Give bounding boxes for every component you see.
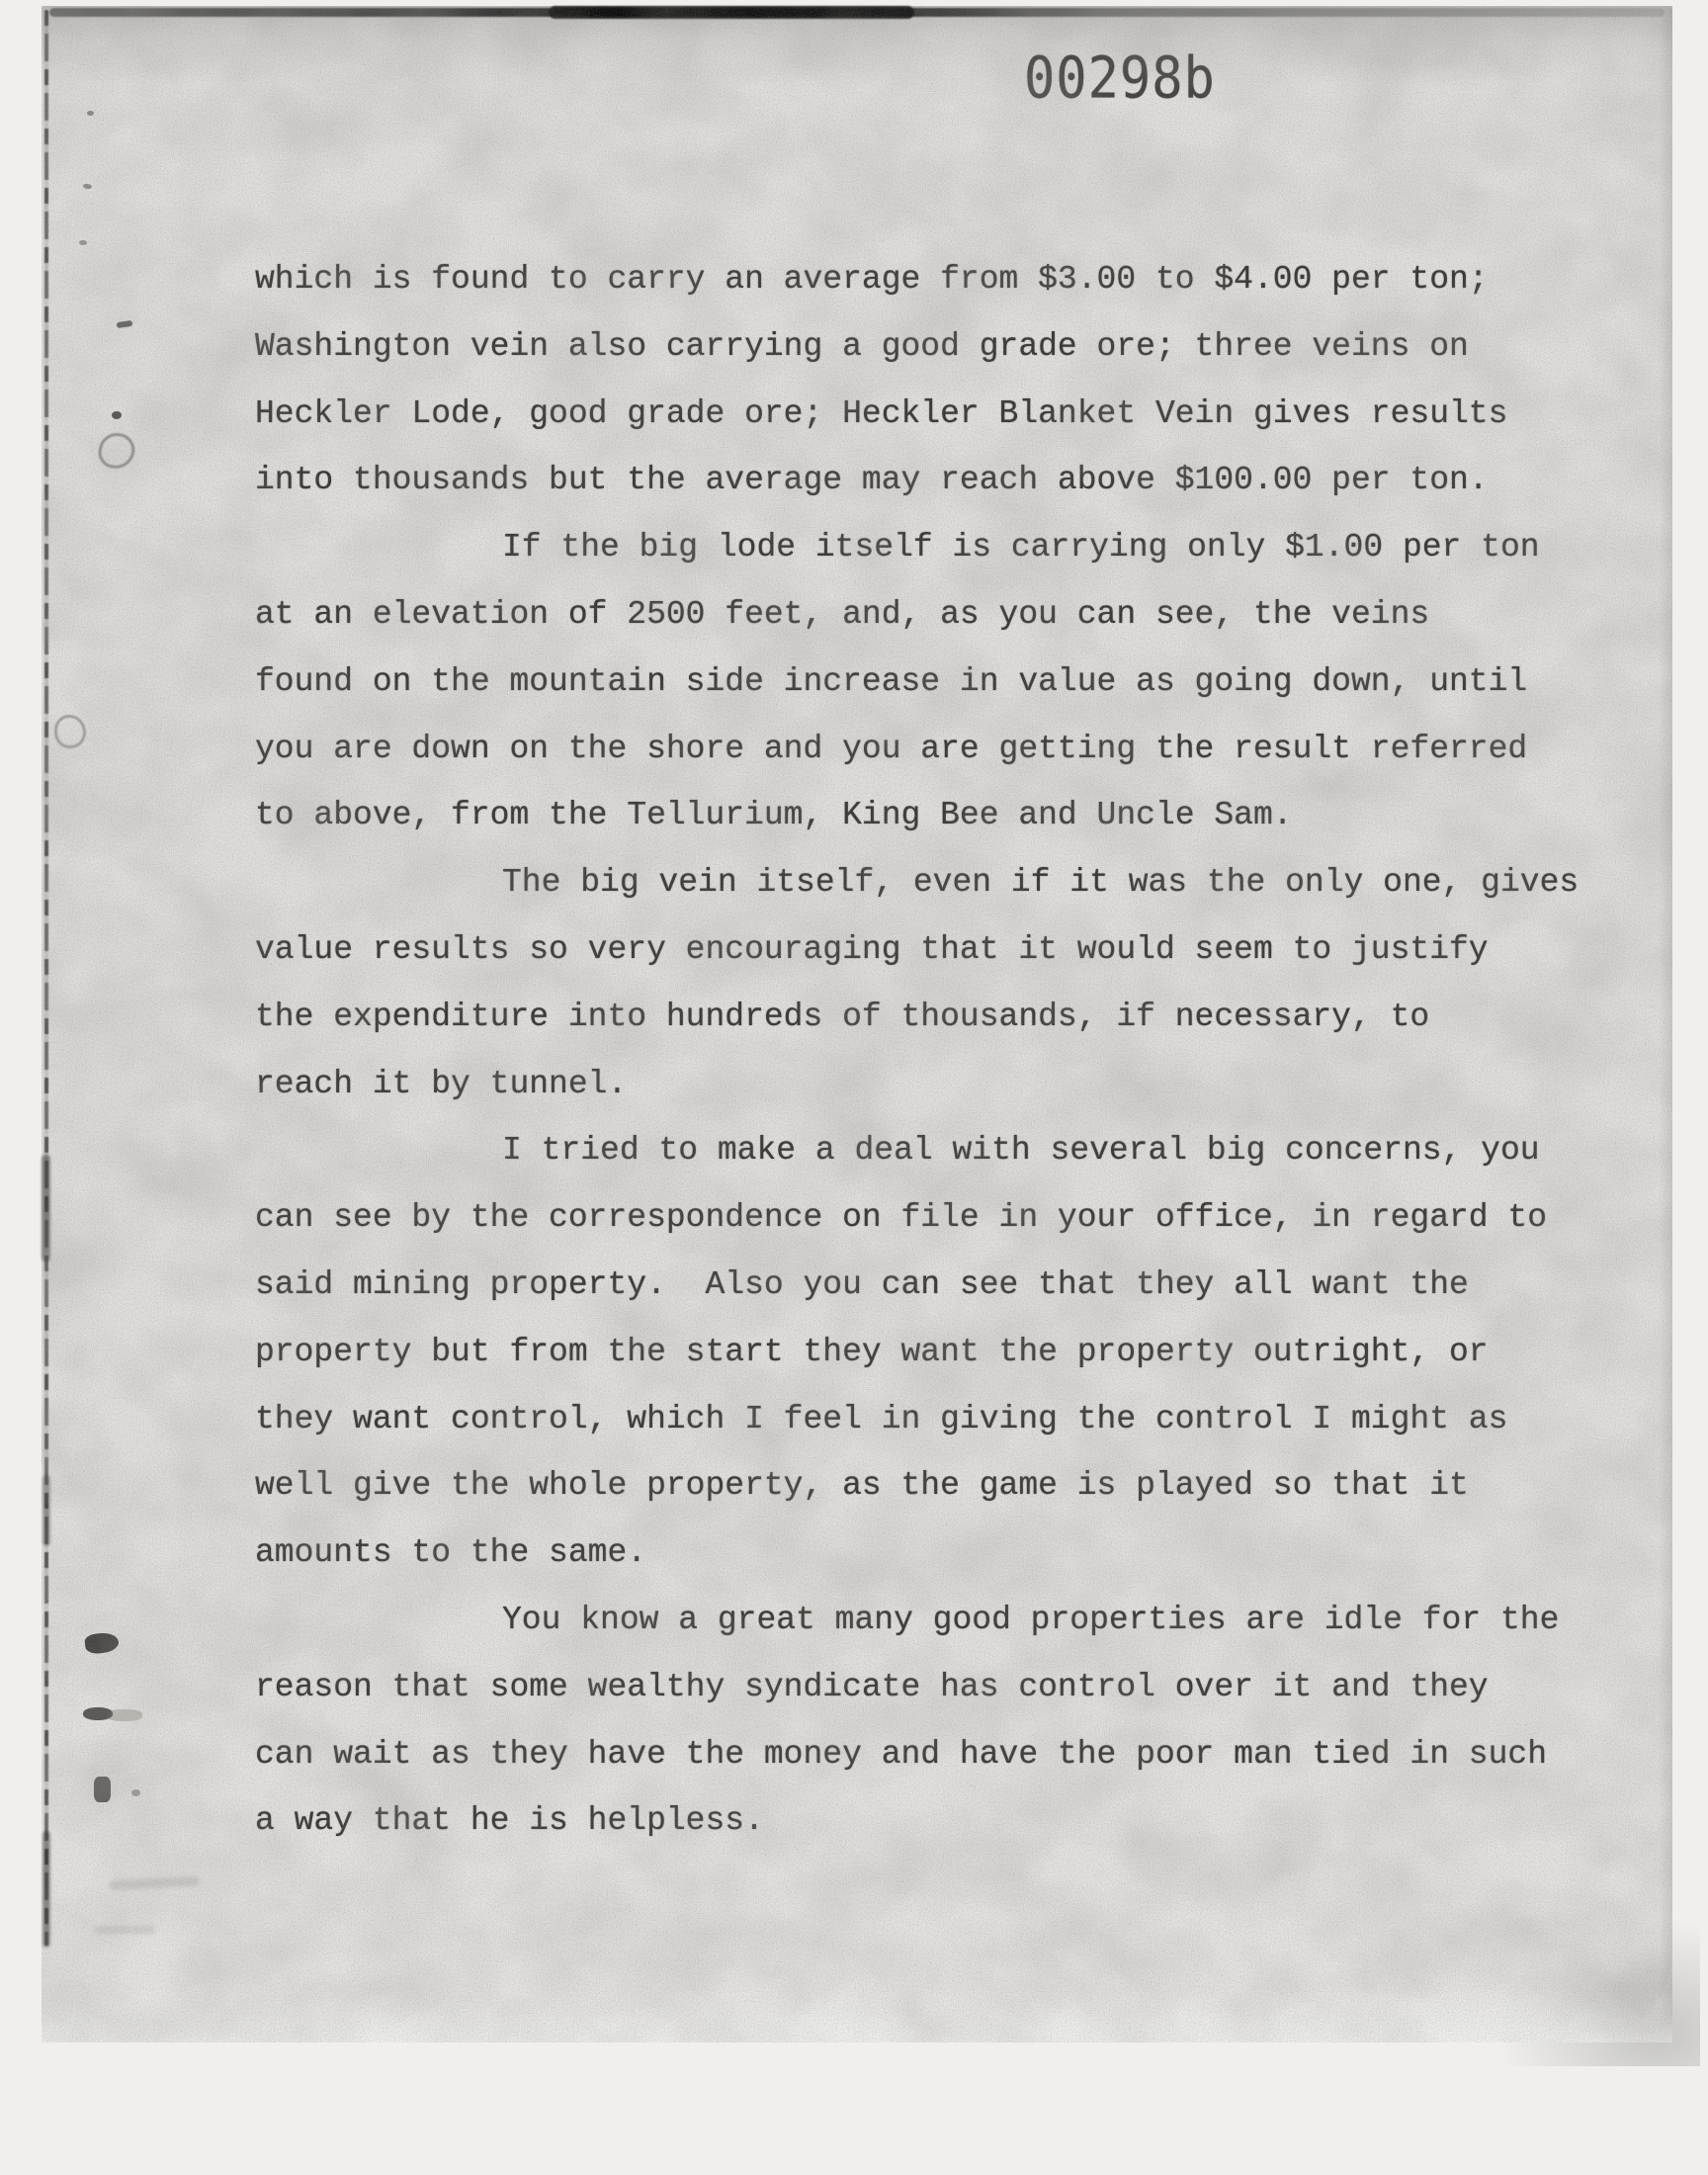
letter-line: property but from the start they want th… xyxy=(255,1319,1570,1386)
left-edge-dark-segment xyxy=(42,1155,50,1261)
scan-left-edge-line xyxy=(44,10,48,1946)
letter-line: reach it by tunnel. xyxy=(255,1051,1570,1118)
letter-line: If the big lode itself is carrying only … xyxy=(255,514,1570,581)
scan-top-edge-shadow xyxy=(49,8,1665,17)
ink-blot xyxy=(83,1707,113,1720)
letter-line: value results so very encouraging that i… xyxy=(255,916,1570,984)
margin-speck xyxy=(79,240,87,245)
ink-blot xyxy=(94,1777,111,1802)
paper-right-edge-shading xyxy=(1659,6,1672,2043)
letter-line: a way that he is helpless. xyxy=(255,1787,1570,1855)
letter-line: I tried to make a deal with several big … xyxy=(255,1117,1570,1184)
left-edge-dark-segment xyxy=(43,1475,50,1546)
margin-speck xyxy=(87,111,94,116)
paper-bottom-fade xyxy=(42,1987,1672,2043)
letter-line: amounts to the same. xyxy=(255,1520,1570,1587)
letter-line: found on the mountain side increase in v… xyxy=(255,649,1570,716)
letter-body: which is found to carry an average from … xyxy=(255,246,1570,1855)
letter-line: they want control, which I feel in givin… xyxy=(255,1386,1570,1453)
page-number-stamp: 00298b xyxy=(1024,45,1216,112)
letter-line: to above, from the Tellurium, King Bee a… xyxy=(255,782,1570,849)
bottom-smudge xyxy=(94,1926,155,1934)
letter-line: reason that some wealthy syndicate has c… xyxy=(255,1654,1570,1721)
left-edge-dark-segment xyxy=(43,1831,50,1948)
ink-dot xyxy=(131,1789,140,1796)
letter-line: which is found to carry an average from … xyxy=(255,246,1570,313)
stain-ring xyxy=(54,715,86,748)
letter-line: said mining property. Also you can see t… xyxy=(255,1252,1570,1319)
letter-line: Washington vein also carrying a good gra… xyxy=(255,313,1570,381)
letter-line: the expenditure into hundreds of thousan… xyxy=(255,984,1570,1051)
letter-line: can wait as they have the money and have… xyxy=(255,1721,1570,1788)
scanned-document-page: 00298b which is found to carry an averag… xyxy=(0,0,1708,2175)
letter-line: Heckler Lode, good grade ore; Heckler Bl… xyxy=(255,381,1570,448)
letter-line: You know a great many good properties ar… xyxy=(255,1587,1570,1654)
letter-line: can see by the correspondence on file in… xyxy=(255,1184,1570,1252)
letter-line: you are down on the shore and you are ge… xyxy=(255,716,1570,783)
letter-line: The big vein itself, even if it was the … xyxy=(255,849,1570,916)
letter-line: well give the whole property, as the gam… xyxy=(255,1452,1570,1520)
letter-line: into thousands but the average may reach… xyxy=(255,447,1570,514)
margin-speck xyxy=(112,411,122,419)
letter-line: at an elevation of 2500 feet, and, as yo… xyxy=(255,581,1570,649)
